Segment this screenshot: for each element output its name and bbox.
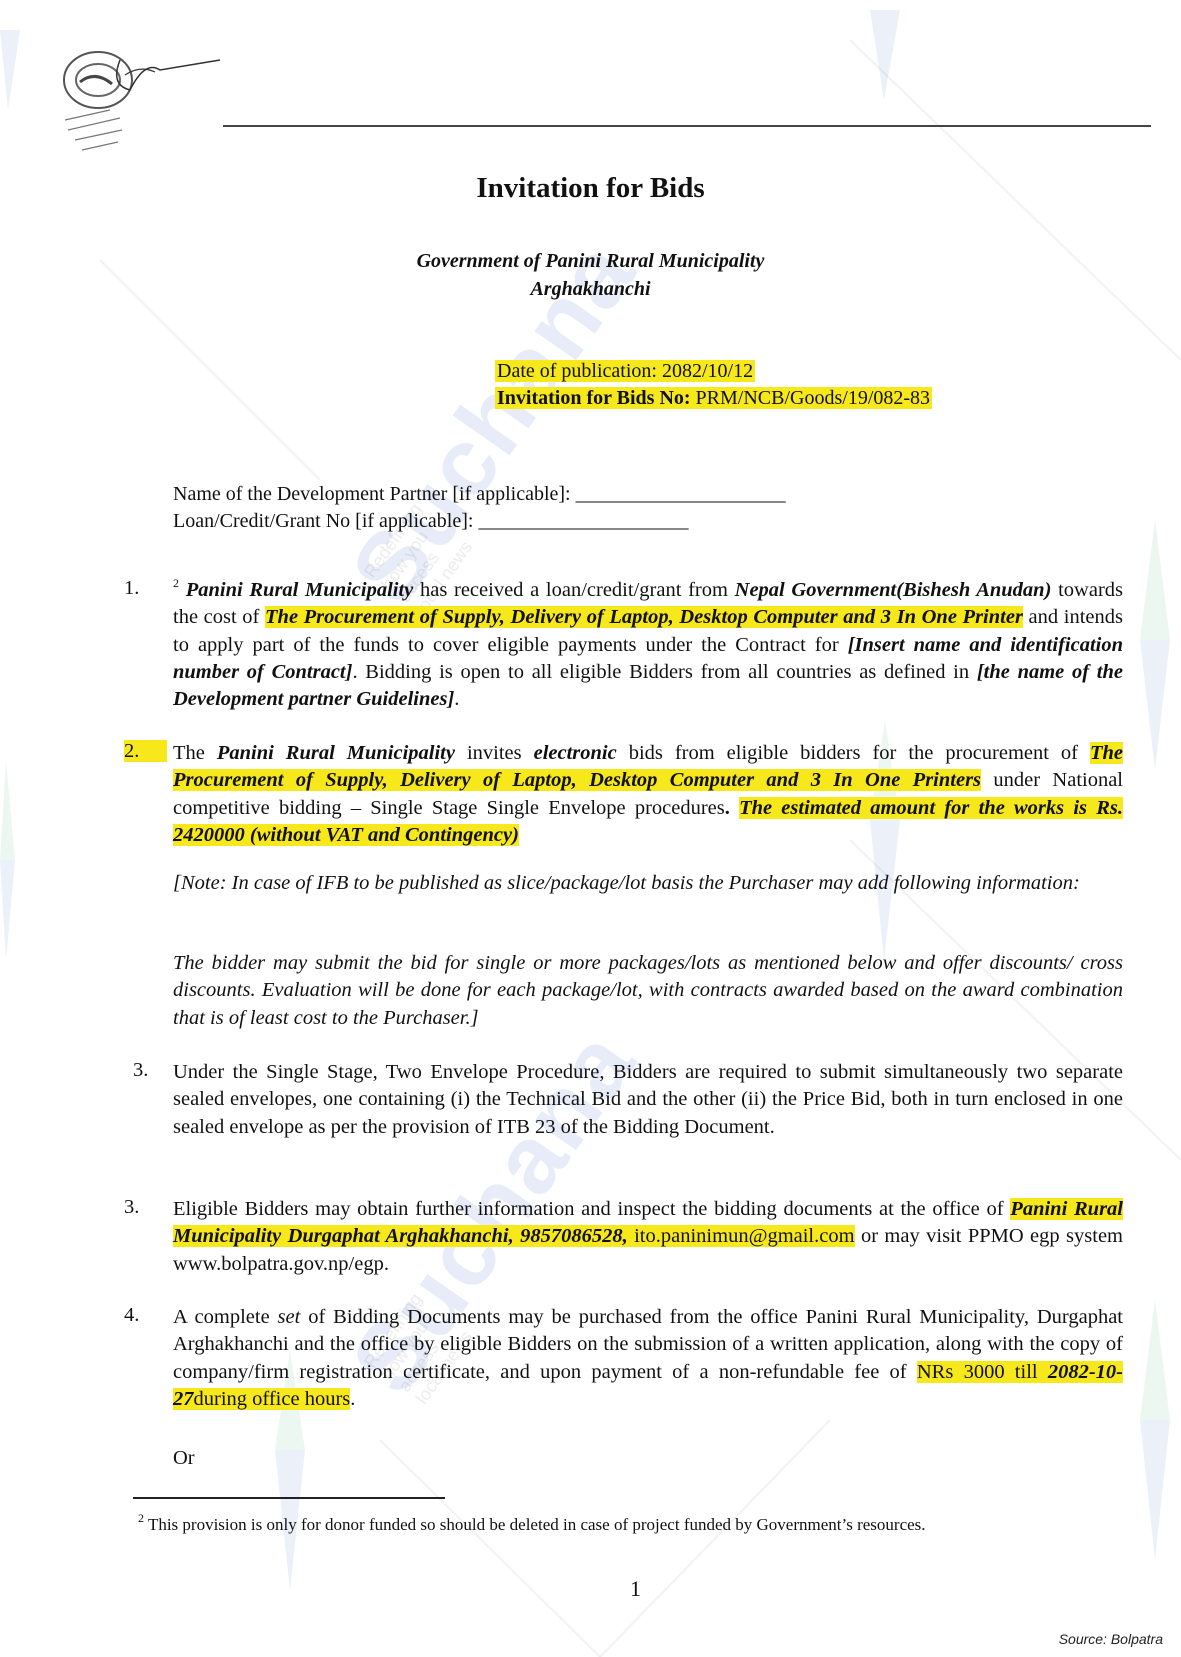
dev-partner-field: Name of the Development Partner [if appl…: [173, 483, 786, 506]
ifb-number-label: Invitation for Bids No:: [497, 387, 691, 409]
entity-name: Panini Rural Municipality: [217, 742, 455, 764]
page-number: 1: [630, 1576, 641, 1602]
text: A complete: [173, 1306, 278, 1328]
ifb-number-value: PRM/NCB/Goods/19/082-83: [691, 387, 930, 409]
text: has received a loan/credit/grant from: [413, 579, 734, 601]
issuer-line2: Arghakhanchi: [0, 278, 1181, 301]
text: .: [350, 1388, 355, 1410]
para3b-number: 3.: [124, 1196, 139, 1219]
contact-email: ito.paninimun@gmail.com: [628, 1225, 855, 1247]
paragraph-3a: Under the Single Stage, Two Envelope Pro…: [173, 1059, 1123, 1141]
publication-date: Date of publication: 2082/10/12: [495, 358, 755, 385]
loan-number-field: Loan/Credit/Grant No [if applicable]: __…: [173, 510, 688, 533]
text: invites: [455, 742, 534, 764]
office-hours: during office hours: [194, 1388, 351, 1410]
footnote-ref: 2: [173, 576, 179, 590]
footnote-text: This provision is only for donor funded …: [148, 1515, 926, 1534]
paragraph-4: A complete set of Bidding Documents may …: [173, 1304, 1123, 1413]
footnote: 2 This provision is only for donor funde…: [138, 1512, 1038, 1538]
text: Eligible Bidders may obtain further info…: [173, 1198, 1010, 1220]
paragraph-2: The Panini Rural Municipality invites el…: [173, 740, 1123, 849]
estimate-label: The estimated amount for the works is Rs…: [739, 797, 1123, 819]
para1-number: 1.: [124, 577, 139, 600]
bid-mode: electronic: [534, 742, 617, 764]
text: .: [725, 797, 739, 819]
text: . Bidding is open to all eligible Bidder…: [352, 661, 976, 683]
or-separator: Or: [173, 1445, 1123, 1472]
text: bids from eligible bidders for the procu…: [617, 742, 1090, 764]
publication-date-text: Date of publication: 2082/10/12: [495, 360, 755, 382]
para2-number: 2.: [124, 740, 167, 763]
para2-number-text: 2.: [124, 740, 167, 762]
estimate-amount: 2420000 (without VAT and Contingency): [173, 824, 519, 846]
fee-amount: NRs 3000 till: [917, 1361, 1048, 1383]
project-name: The Procurement of Supply, Delivery of L…: [265, 606, 1023, 628]
para3a-number: 3.: [133, 1059, 148, 1082]
paragraph-3b: Eligible Bidders may obtain further info…: [173, 1196, 1123, 1278]
text: The: [173, 742, 217, 764]
funder-name: Nepal Government(Bishesh Anudan): [735, 579, 1052, 601]
note-2: The bidder may submit the bid for single…: [173, 950, 1123, 1032]
paragraph-1: 2 Panini Rural Municipality has received…: [173, 577, 1123, 713]
para4-number: 4.: [124, 1304, 139, 1327]
text: .: [454, 688, 459, 710]
page-title: Invitation for Bids: [0, 172, 1181, 205]
ifb-number: Invitation for Bids No: PRM/NCB/Goods/19…: [495, 385, 932, 412]
text: set: [278, 1306, 301, 1328]
footnote-number: 2: [138, 1511, 144, 1525]
issuer-line1: Government of Panini Rural Municipality: [0, 250, 1181, 273]
footnote-rule: [133, 1497, 445, 1499]
municipality-seal-icon: [50, 40, 230, 160]
header-rule: [223, 125, 1151, 127]
entity-name: Panini Rural Municipality: [186, 579, 414, 601]
source-credit: Source: Bolpatra: [1059, 1631, 1163, 1647]
note-1: [Note: In case of IFB to be published as…: [173, 870, 1123, 897]
